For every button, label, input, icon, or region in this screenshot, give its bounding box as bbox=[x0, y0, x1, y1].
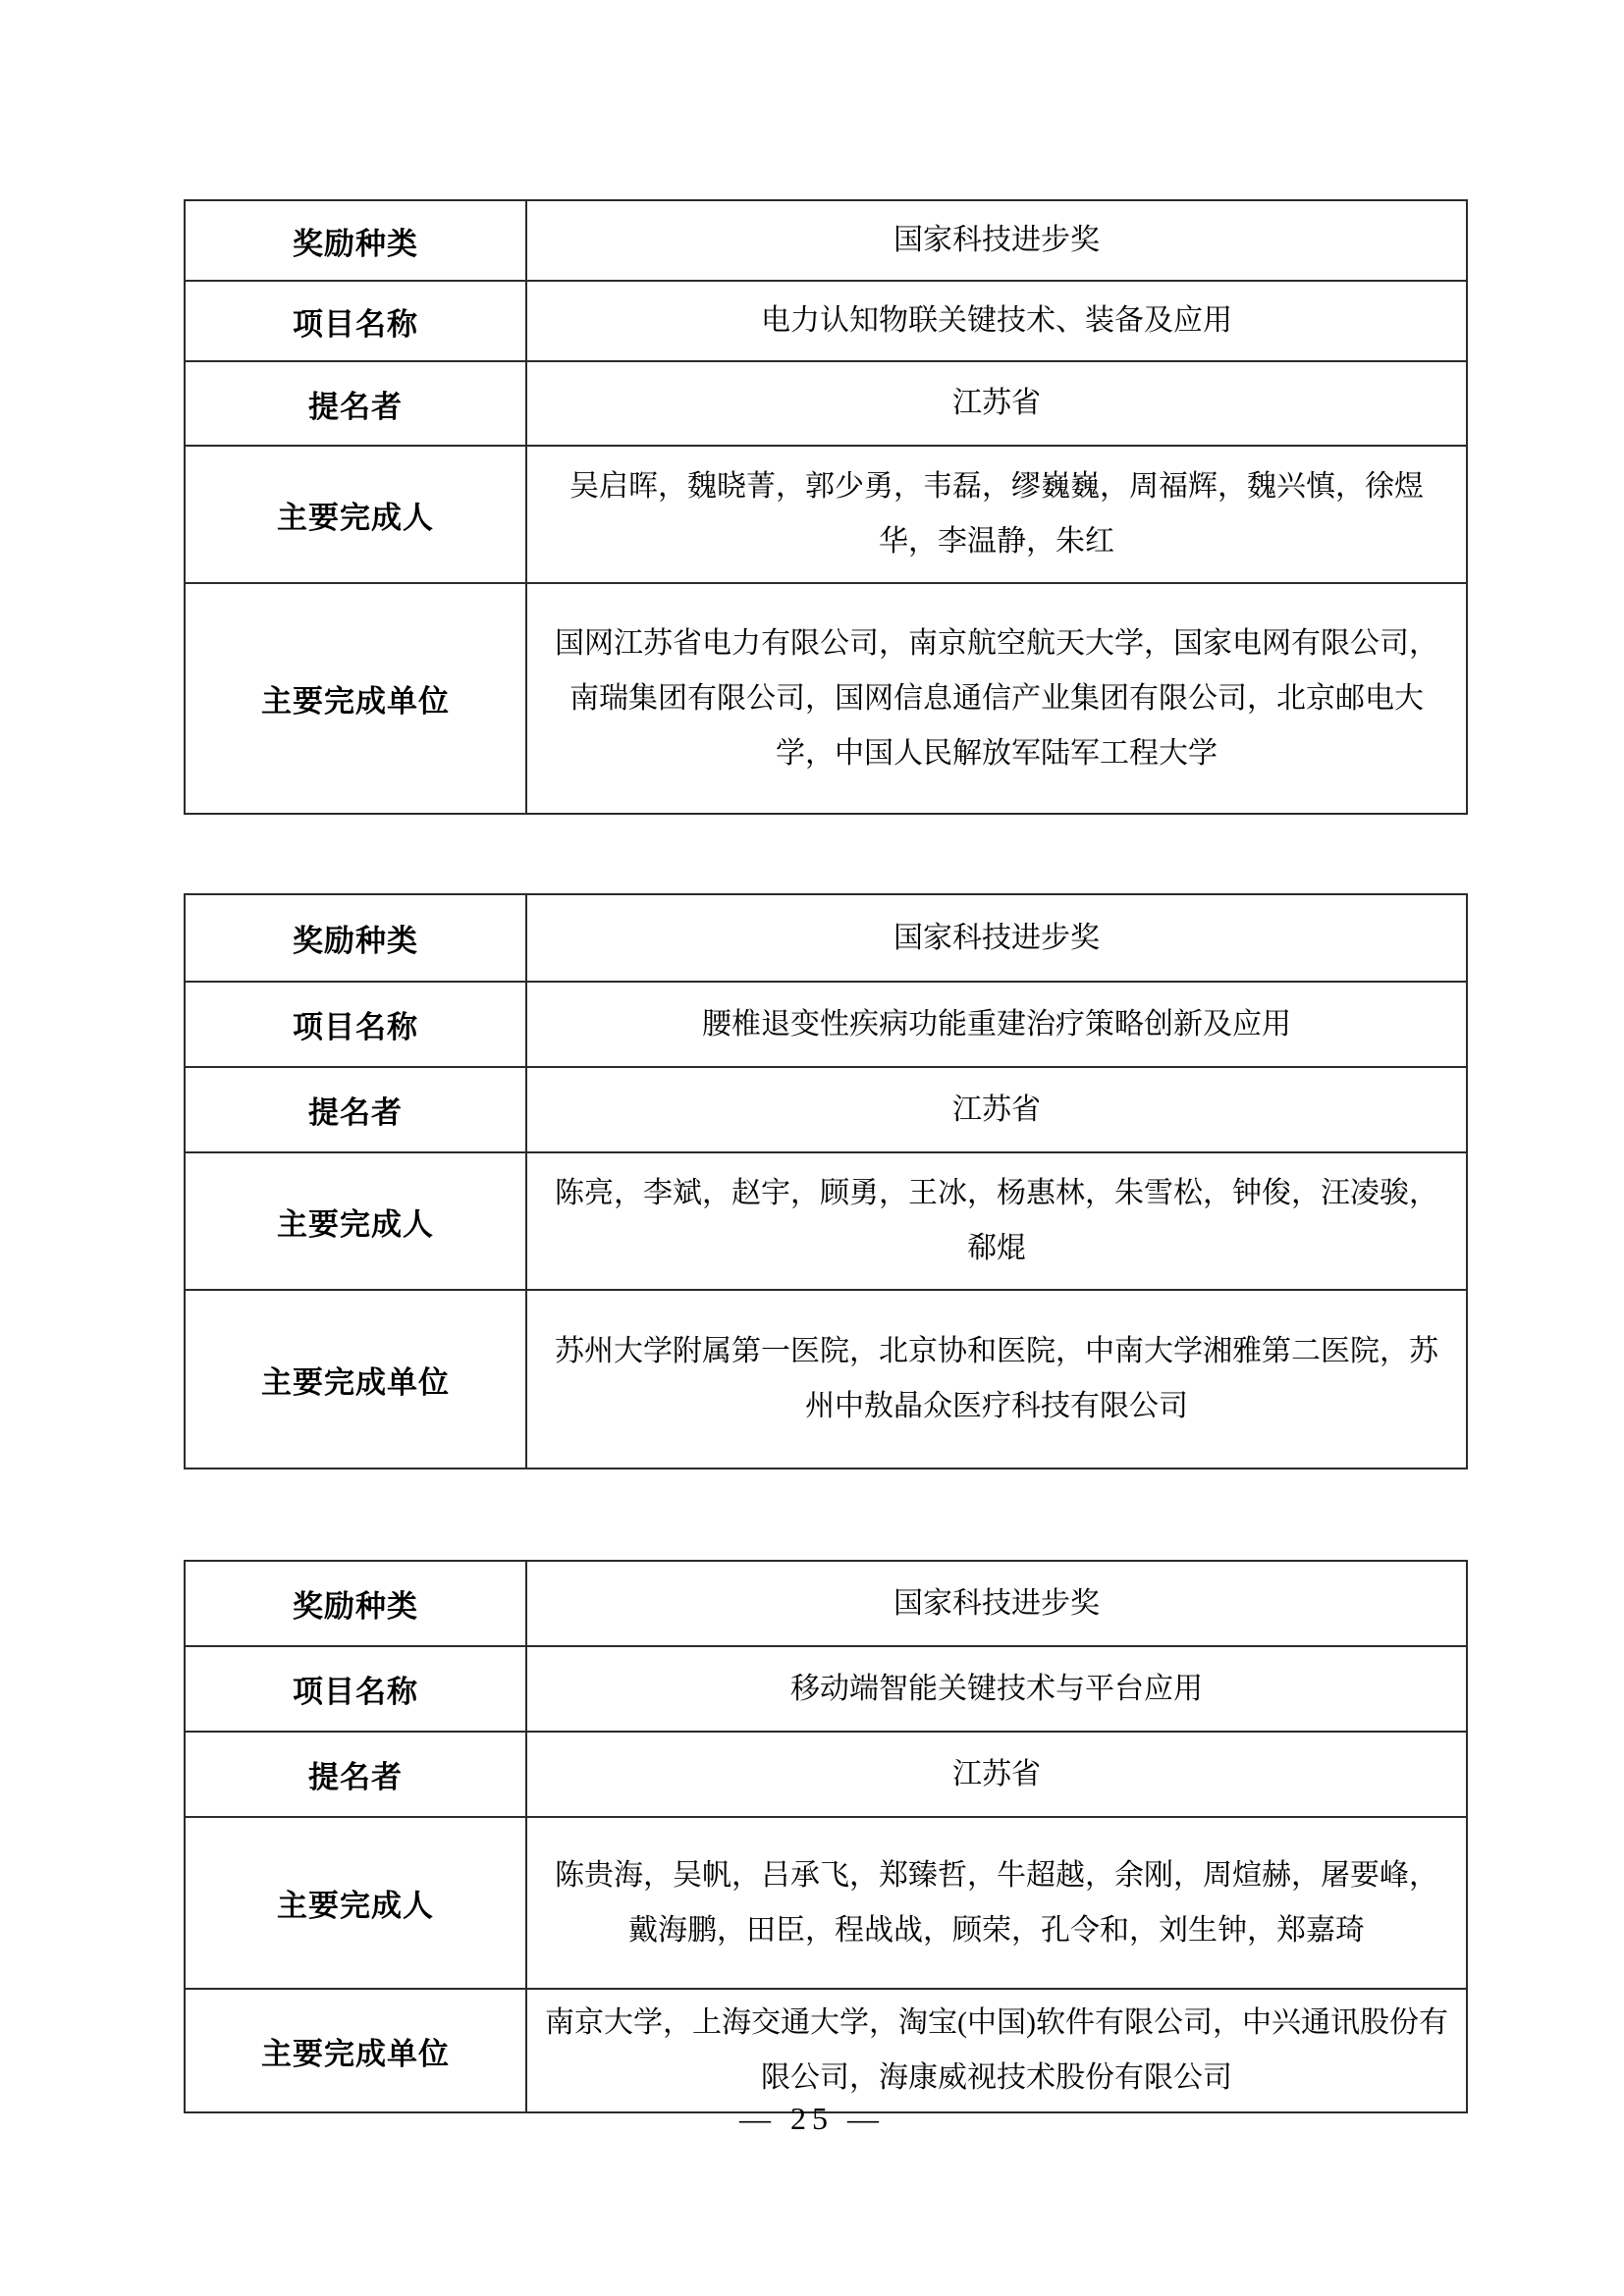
table-row: 主要完成单位 苏州大学附属第一医院，北京协和医院，中南大学湘雅第二医院，苏州中敖… bbox=[185, 1290, 1467, 1468]
table-row: 项目名称 腰椎退变性疾病功能重建治疗策略创新及应用 bbox=[185, 982, 1467, 1067]
row-label: 主要完成人 bbox=[185, 1817, 526, 1989]
table-row: 主要完成人 吴启晖，魏晓菁，郭少勇，韦磊，缪巍巍，周福辉，魏兴慎，徐煜华，李温静… bbox=[185, 446, 1467, 583]
row-label: 主要完成单位 bbox=[185, 583, 526, 814]
table-row: 主要完成单位 国网江苏省电力有限公司，南京航空航天大学，国家电网有限公司，南瑞集… bbox=[185, 583, 1467, 814]
table-row: 提名者 江苏省 bbox=[185, 1732, 1467, 1817]
document-page: 奖励种类 国家科技进步奖 项目名称 电力认知物联关键技术、装备及应用 提名者 江… bbox=[184, 0, 1468, 2113]
row-label: 奖励种类 bbox=[185, 200, 526, 281]
table-row: 奖励种类 国家科技进步奖 bbox=[185, 200, 1467, 281]
row-value: 吴启晖，魏晓菁，郭少勇，韦磊，缪巍巍，周福辉，魏兴慎，徐煜华，李温静，朱红 bbox=[526, 446, 1467, 583]
table-row: 奖励种类 国家科技进步奖 bbox=[185, 894, 1467, 982]
row-value: 南京大学，上海交通大学，淘宝(中国)软件有限公司，中兴通讯股份有限公司，海康威视… bbox=[526, 1989, 1467, 2112]
page-number: — 25 — bbox=[0, 2101, 1624, 2137]
table-row: 奖励种类 国家科技进步奖 bbox=[185, 1561, 1467, 1646]
row-value: 陈亮，李斌，赵宇，顾勇，王冰，杨惠林，朱雪松，钟俊，汪凌骏，郗焜 bbox=[526, 1152, 1467, 1290]
table-row: 主要完成人 陈贵海，吴帆，吕承飞，郑臻哲，牛超越，余刚，周煊赫，屠要峰，戴海鹏，… bbox=[185, 1817, 1467, 1989]
row-value: 陈贵海，吴帆，吕承飞，郑臻哲，牛超越，余刚，周煊赫，屠要峰，戴海鹏，田臣，程战战… bbox=[526, 1817, 1467, 1989]
table-row: 提名者 江苏省 bbox=[185, 1067, 1467, 1152]
row-label: 提名者 bbox=[185, 1067, 526, 1152]
award-table-2: 奖励种类 国家科技进步奖 项目名称 腰椎退变性疾病功能重建治疗策略创新及应用 提… bbox=[184, 893, 1468, 1469]
row-label: 项目名称 bbox=[185, 1646, 526, 1732]
table-row: 提名者 江苏省 bbox=[185, 361, 1467, 446]
row-label: 项目名称 bbox=[185, 281, 526, 361]
row-label: 提名者 bbox=[185, 1732, 526, 1817]
table-row: 主要完成单位 南京大学，上海交通大学，淘宝(中国)软件有限公司，中兴通讯股份有限… bbox=[185, 1989, 1467, 2112]
row-value: 江苏省 bbox=[526, 1067, 1467, 1152]
row-value: 国网江苏省电力有限公司，南京航空航天大学，国家电网有限公司，南瑞集团有限公司，国… bbox=[526, 583, 1467, 814]
row-value: 腰椎退变性疾病功能重建治疗策略创新及应用 bbox=[526, 982, 1467, 1067]
award-table-3: 奖励种类 国家科技进步奖 项目名称 移动端智能关键技术与平台应用 提名者 江苏省… bbox=[184, 1560, 1468, 2113]
table-row: 项目名称 移动端智能关键技术与平台应用 bbox=[185, 1646, 1467, 1732]
row-value: 电力认知物联关键技术、装备及应用 bbox=[526, 281, 1467, 361]
row-value: 国家科技进步奖 bbox=[526, 200, 1467, 281]
row-label: 主要完成人 bbox=[185, 1152, 526, 1290]
table-row: 主要完成人 陈亮，李斌，赵宇，顾勇，王冰，杨惠林，朱雪松，钟俊，汪凌骏，郗焜 bbox=[185, 1152, 1467, 1290]
row-label: 主要完成单位 bbox=[185, 1989, 526, 2112]
row-label: 提名者 bbox=[185, 361, 526, 446]
row-label: 奖励种类 bbox=[185, 894, 526, 982]
row-label: 主要完成人 bbox=[185, 446, 526, 583]
table-row: 项目名称 电力认知物联关键技术、装备及应用 bbox=[185, 281, 1467, 361]
award-table-1: 奖励种类 国家科技进步奖 项目名称 电力认知物联关键技术、装备及应用 提名者 江… bbox=[184, 199, 1468, 815]
row-label: 奖励种类 bbox=[185, 1561, 526, 1646]
row-value: 移动端智能关键技术与平台应用 bbox=[526, 1646, 1467, 1732]
row-value: 江苏省 bbox=[526, 1732, 1467, 1817]
row-label: 主要完成单位 bbox=[185, 1290, 526, 1468]
row-value: 苏州大学附属第一医院，北京协和医院，中南大学湘雅第二医院，苏州中敖晶众医疗科技有… bbox=[526, 1290, 1467, 1468]
row-label: 项目名称 bbox=[185, 982, 526, 1067]
row-value: 国家科技进步奖 bbox=[526, 1561, 1467, 1646]
row-value: 国家科技进步奖 bbox=[526, 894, 1467, 982]
row-value: 江苏省 bbox=[526, 361, 1467, 446]
